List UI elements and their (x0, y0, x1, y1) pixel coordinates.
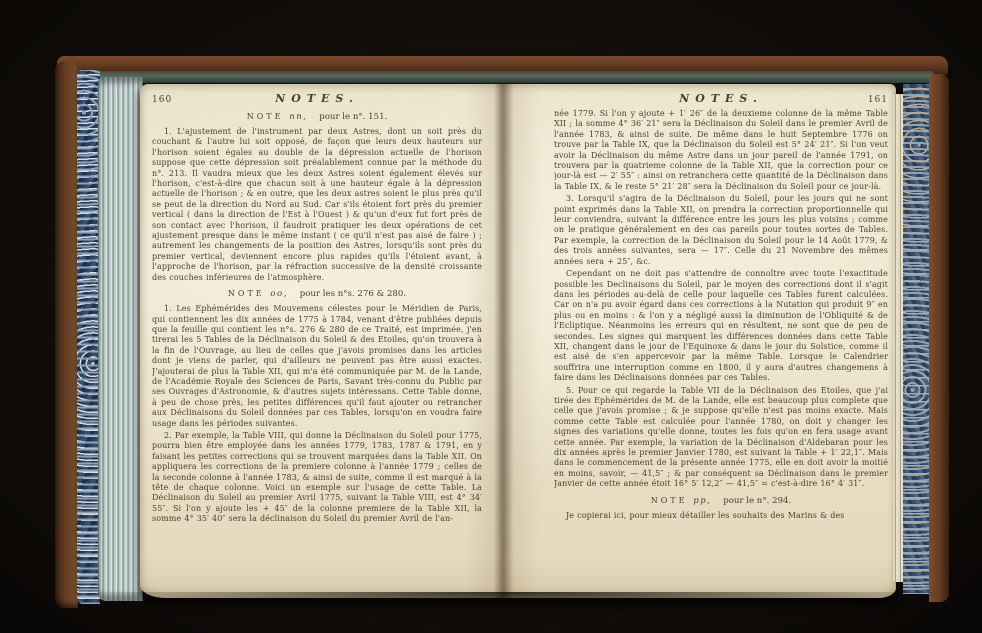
page-header-right: NOTES. 161 (554, 92, 888, 105)
note-heading-rest: pour les n°s. 276 & 280. (300, 289, 406, 299)
paragraph-table-vii-etoiles: 5. Pour ce qui regarde la Table VII de l… (554, 386, 888, 490)
paragraph-continuation-1779: née 1779. Si l'on y ajoute + 1′ 26″ de l… (554, 109, 888, 192)
note-heading-label: Note (651, 496, 688, 505)
note-heading-label: Note (228, 289, 265, 298)
page-160: 160 NOTES. Note nn, pour le n°. 151. 1. … (152, 92, 482, 584)
note-heading-oo: Note oo, pour les n°s. 276 & 280. (152, 289, 482, 299)
marbled-endpaper-left (77, 70, 100, 604)
note-heading-nn: Note nn, pour le n°. 151. (152, 112, 482, 122)
open-page-spread: 160 NOTES. Note nn, pour le n°. 151. 1. … (140, 84, 896, 598)
paragraph-adjustment-instrument: 1. L'ajustement de l'instrument par deux… (152, 127, 482, 283)
book-cover-left-edge (55, 62, 78, 608)
page-header-left: 160 NOTES. (152, 92, 482, 105)
paragraph-proportional-correction: 3. Lorsqu'il s'agira de la Déclinaison d… (554, 194, 888, 267)
note-heading-pp: Note pp, pour le n°. 294. (554, 496, 888, 506)
note-heading-label: Note (247, 112, 284, 121)
text-block-top-edge (74, 71, 934, 83)
paragraph-ephemerides: 1. Les Ephémérides des Mouvemens céleste… (152, 304, 482, 429)
note-heading-rest: pour le n°. 151. (319, 112, 387, 122)
page-edges-stack-left (98, 77, 143, 601)
book-scan-photo: 160 NOTES. Note nn, pour le n°. 151. 1. … (0, 0, 982, 633)
note-heading-rest: pour le n°. 294. (723, 496, 791, 506)
book-bottom-shadow (90, 592, 936, 610)
page-number-right: 161 (846, 95, 888, 105)
paragraph-table-viii-example: 2. Par exemple, la Table VIII, qui donne… (152, 431, 482, 525)
page-161: NOTES. 161 née 1779. Si l'on y ajoute + … (554, 92, 888, 584)
paragraph-je-copierai: Je copierai ici, pour mieux détailler le… (554, 511, 888, 521)
running-title-left: NOTES. (194, 92, 440, 105)
note-heading-ref: nn, (289, 112, 307, 122)
marbled-endpaper-right (903, 84, 930, 594)
paragraph-cependant-exactitude: Cependant on ne doit pas s'attendre de c… (554, 269, 888, 383)
book-cover-right-edge (929, 74, 949, 602)
page-number-left: 160 (152, 95, 194, 105)
running-title-right: NOTES. (596, 92, 846, 105)
note-heading-ref: oo, (270, 289, 288, 299)
note-heading-ref: pp, (693, 496, 711, 506)
